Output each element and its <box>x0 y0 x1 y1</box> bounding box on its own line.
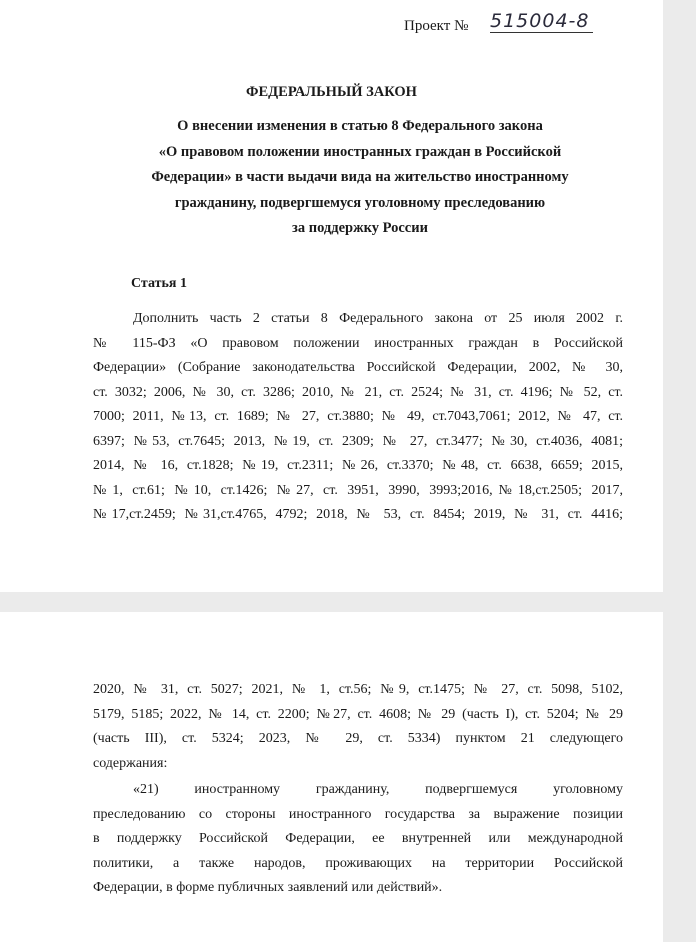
article-body-part1: Дополнить часть 2 статьи 8 Федерального … <box>93 307 623 528</box>
article-heading: Статья 1 <box>131 276 187 292</box>
text-line: ст. 3032; 2006, № 30, ст. 3286; 2010, № … <box>93 381 623 406</box>
text-line: Федерации, в форме публичных заявлений и… <box>93 876 623 901</box>
subtitle-line: за поддержку России <box>120 216 600 242</box>
article-body-part2: 2020, № 31, ст. 5027; 2021, № 1, ст.56; … <box>93 678 623 776</box>
text-line: № 115-ФЗ «О правовом положении иностранн… <box>93 332 623 357</box>
document-subtitle: О внесении изменения в статью 8 Федераль… <box>120 114 600 242</box>
text-line: преследованию со стороны иностранного го… <box>93 803 623 828</box>
document-page-1: Проект № 515004-8 ФЕДЕРАЛЬНЫЙ ЗАКОН О вн… <box>0 0 663 592</box>
text-line: содержания: <box>93 752 623 777</box>
subtitle-line: гражданину, подвергшемуся уголовному пре… <box>120 191 600 217</box>
text-line: (часть III), ст. 5324; 2023, № 29, ст. 5… <box>93 727 623 752</box>
document-page-2: 2020, № 31, ст. 5027; 2021, № 1, ст.56; … <box>0 612 663 942</box>
document-title: ФЕДЕРАЛЬНЫЙ ЗАКОН <box>0 84 663 101</box>
text-line: 2014, № 16, ст.1828; №19, ст.2311; №26, … <box>93 454 623 479</box>
text-line: политики, а также народов, проживающих н… <box>93 852 623 877</box>
text-line: 7000; 2011, №13, ст. 1689; № 27, ст.3880… <box>93 405 623 430</box>
project-number-handwritten: 515004-8 <box>490 10 593 33</box>
project-label: Проект № <box>404 18 468 35</box>
text-line: в поддержку Российской Федерации, ее вну… <box>93 827 623 852</box>
subtitle-line: Федерации» в части выдачи вида на житель… <box>120 165 600 191</box>
text-line: 6397; №53, ст.7645; 2013, №19, ст. 2309;… <box>93 430 623 455</box>
text-line: №17,ст.2459; №31,ст.4765, 4792; 2018, № … <box>93 503 623 528</box>
text-line: №1, ст.61; №10, ст.1426; №27, ст. 3951, … <box>93 479 623 504</box>
subtitle-line: «О правовом положении иностранных гражда… <box>120 140 600 166</box>
subtitle-line: О внесении изменения в статью 8 Федераль… <box>120 114 600 140</box>
text-line: 2020, № 31, ст. 5027; 2021, № 1, ст.56; … <box>93 678 623 703</box>
clause-21: «21) иностранному гражданину, подвергшем… <box>93 778 623 901</box>
text-line: «21) иностранному гражданину, подвергшем… <box>93 778 623 803</box>
text-line: Дополнить часть 2 статьи 8 Федерального … <box>93 307 623 332</box>
text-line: Федерации» (Собрание законодательства Ро… <box>93 356 623 381</box>
text-line: 5179, 5185; 2022, № 14, ст. 2200; №27, с… <box>93 703 623 728</box>
